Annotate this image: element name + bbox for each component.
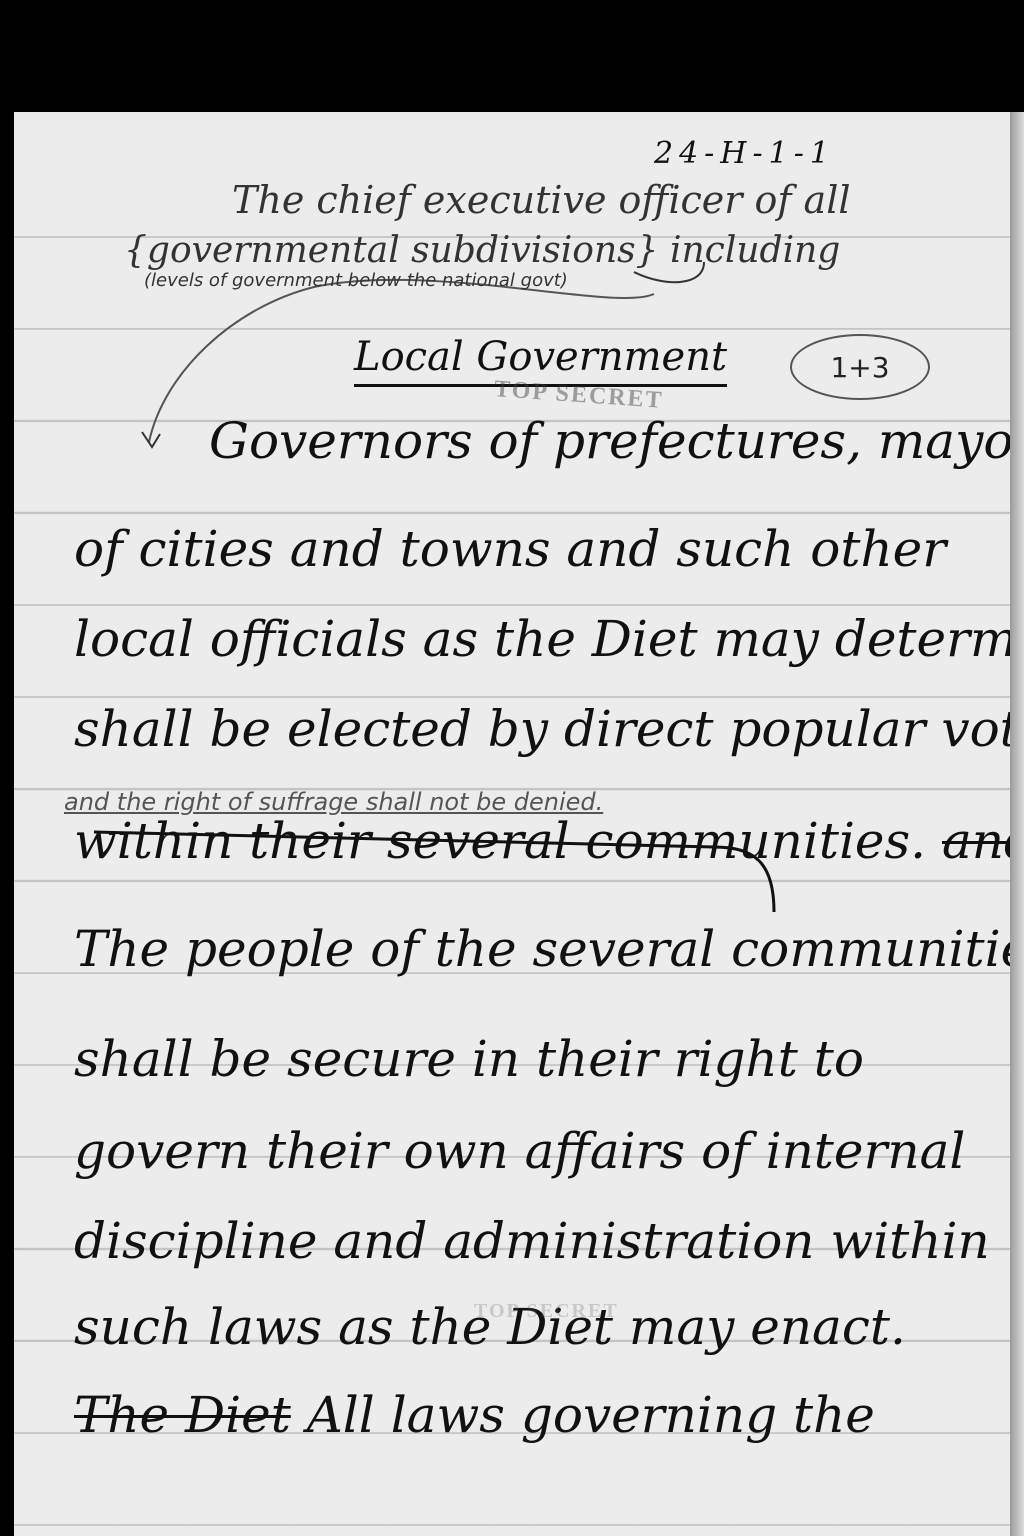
body-line-text: within their several communities. bbox=[74, 812, 926, 870]
body-line: local officials as the Diet may determin… bbox=[74, 610, 1024, 668]
reference-number: 24-H-1-1 bbox=[654, 136, 835, 171]
body-line: The people of the several communities bbox=[74, 920, 1024, 978]
interlinear-heading-line-3: (levels of government below the national… bbox=[144, 270, 568, 291]
faint-stamp: TOP SECRET bbox=[474, 1300, 619, 1323]
interlinear-heading-line-1: The chief executive officer of all bbox=[232, 178, 851, 222]
body-line: shall be secure in their right to bbox=[74, 1030, 864, 1088]
document-page: 24-H-1-1 The chief executive officer of … bbox=[14, 112, 1010, 1536]
circled-annotation: 1+3 bbox=[790, 334, 930, 400]
struck-text: The Diet bbox=[74, 1386, 291, 1444]
body-line: Governors of prefectures, mayors bbox=[209, 412, 1024, 470]
body-line-text: All laws governing the bbox=[307, 1386, 875, 1444]
body-line: shall be elected by direct popular vote bbox=[74, 700, 1024, 758]
interlinear-heading-line-2: {governmental subdivisions} including bbox=[124, 230, 840, 271]
struck-text: and bbox=[942, 812, 1024, 870]
body-line: discipline and administration within bbox=[74, 1212, 990, 1270]
body-line-final: The Diet All laws governing the bbox=[74, 1386, 875, 1444]
body-line: govern their own affairs of internal bbox=[74, 1122, 965, 1180]
body-line: within their several communities. and bbox=[74, 812, 1024, 870]
body-line: of cities and towns and such other bbox=[74, 520, 946, 578]
